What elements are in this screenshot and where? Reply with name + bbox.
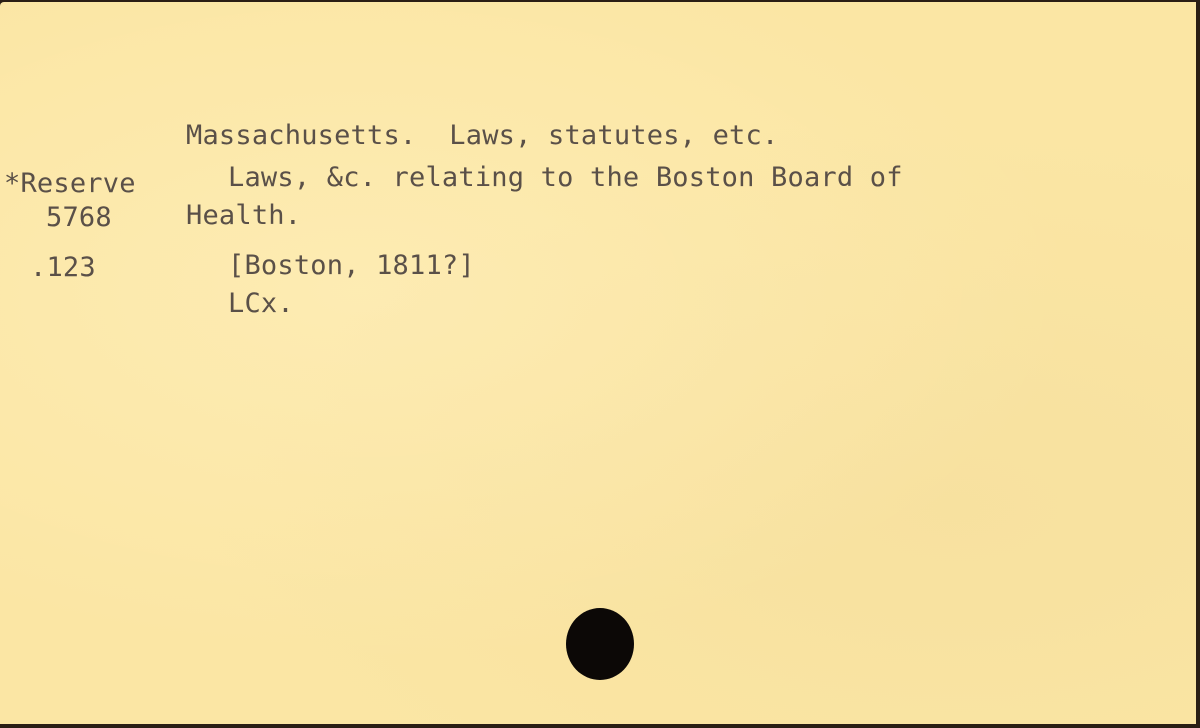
call-number-class: 5768 xyxy=(46,204,112,231)
main-heading: Massachusetts. Laws, statutes, etc. xyxy=(186,122,778,149)
title-line-1: Laws, &c. relating to the Boston Board o… xyxy=(228,164,903,191)
catalog-card: Massachusetts. Laws, statutes, etc. *Res… xyxy=(0,2,1196,724)
imprint: [Boston, 1811?] xyxy=(228,252,475,279)
holding-note: LCx. xyxy=(228,290,294,317)
punch-hole xyxy=(566,608,634,680)
title-line-2: Health. xyxy=(186,202,301,229)
call-number-cutter: .123 xyxy=(30,254,96,281)
call-number-location: *Reserve xyxy=(4,170,136,197)
